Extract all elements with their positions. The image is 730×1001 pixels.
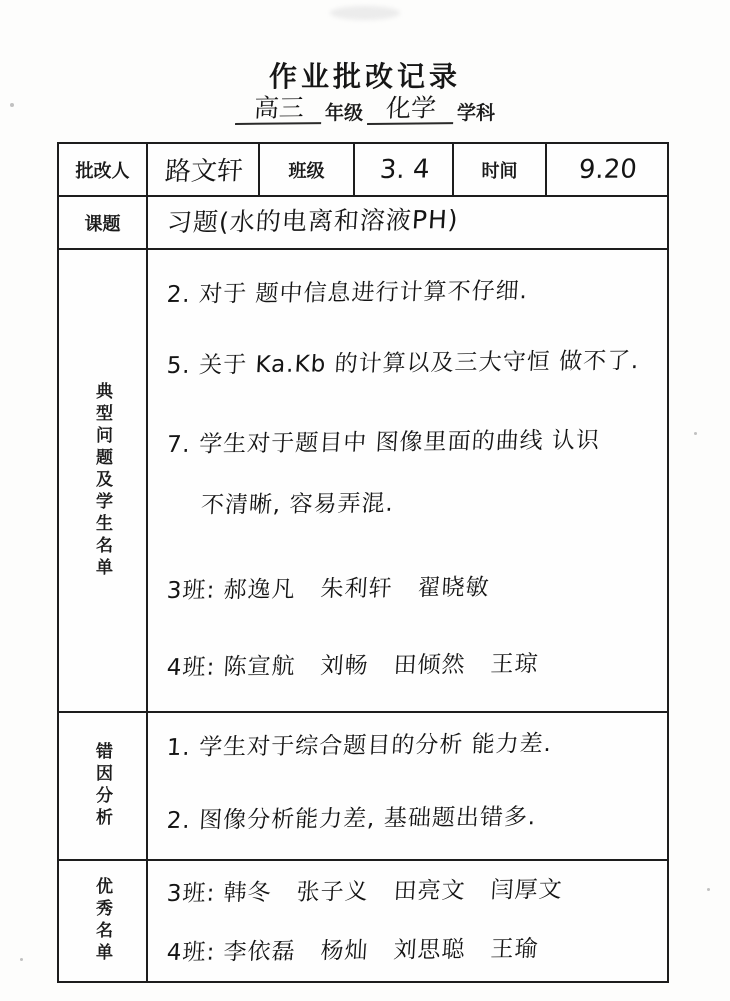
error-analysis-line: 2. 图像分析能力差, 基础题出错多. [166,797,659,835]
reviewer-value-cell: 路文轩 [148,144,260,195]
class-label: 班级 [260,144,355,195]
time-value-cell: 9.20 [547,144,667,195]
excellent-list-label: 优秀名单 [59,861,148,981]
grade-label: 年级 [325,98,363,125]
typical-problems-label: 典型问题及学生名单 [59,250,148,711]
topic-label: 课题 [59,197,148,248]
scan-smudge [330,6,400,20]
grade-handwritten-value: 高三 [235,95,323,125]
typical-problems-content: 2. 对于 题中信息进行计算不仔细. 5. 关于 Ka.Kb 的计算以及三大守恒… [148,250,667,711]
subject-handwritten-value: 化学 [367,95,455,125]
class-value-cell: 3. 4 [355,144,454,195]
student-list-class4: 4班: 陈宣航 刘畅 田倾然 王琼 [166,644,659,682]
typical-problem-line: 2. 对于 题中信息进行计算不仔细. [166,271,659,309]
scan-speck [20,958,23,961]
grade-subject-line: 高三 年级 化学 学科 [0,96,730,125]
reviewer-handwritten-value: 路文轩 [164,150,244,188]
error-analysis-row: 错因分析 1. 学生对于综合题目的分析 能力差. 2. 图像分析能力差, 基础题… [59,713,667,861]
scanned-form-page: 作业批改记录 高三 年级 化学 学科 批改人 路文轩 班级 3. 4 时间 9.… [0,0,730,1001]
typical-problem-line: 7. 学生对于题目中 图像里面的曲线 认识 [166,421,659,459]
excellent-list-class3: 3班: 韩冬 张子义 田亮文 闫厚文 [166,870,659,908]
reviewer-label: 批改人 [59,144,148,195]
typical-problem-line: 5. 关于 Ka.Kb 的计算以及三大守恒 做不了. [166,342,659,380]
time-handwritten-value: 9.20 [578,154,638,185]
excellent-list-row: 优秀名单 3班: 韩冬 张子义 田亮文 闫厚文 4班: 李依磊 杨灿 刘思聪 王… [59,861,667,981]
record-form-table: 批改人 路文轩 班级 3. 4 时间 9.20 课题 习题(水的电离和溶液PH)… [57,142,669,983]
error-analysis-line: 1. 学生对于综合题目的分析 能力差. [166,724,659,762]
typical-problems-row: 典型问题及学生名单 2. 对于 题中信息进行计算不仔细. 5. 关于 Ka.Kb… [59,250,667,713]
topic-handwritten-value: 习题(水的电离和溶液PH) [166,198,659,239]
topic-value-cell: 习题(水的电离和溶液PH) [148,197,667,248]
page-title: 作业批改记录 [0,55,730,95]
scan-speck [707,888,710,891]
header-row: 批改人 路文轩 班级 3. 4 时间 9.20 [59,144,667,197]
error-analysis-content: 1. 学生对于综合题目的分析 能力差. 2. 图像分析能力差, 基础题出错多. [148,713,667,859]
excellent-list-class4: 4班: 李依磊 杨灿 刘思聪 王瑜 [166,929,659,967]
excellent-list-content: 3班: 韩冬 张子义 田亮文 闫厚文 4班: 李依磊 杨灿 刘思聪 王瑜 [148,861,667,981]
time-label: 时间 [454,144,547,195]
class-handwritten-value: 3. 4 [379,154,430,185]
topic-row: 课题 习题(水的电离和溶液PH) [59,197,667,250]
typical-problem-line: 不清晰, 容易弄混. [166,482,659,520]
scan-speck [694,432,697,435]
subject-label: 学科 [457,98,495,125]
student-list-class3: 3班: 郝逸凡 朱利轩 翟晓敏 [166,567,659,605]
error-analysis-label: 错因分析 [59,713,148,859]
